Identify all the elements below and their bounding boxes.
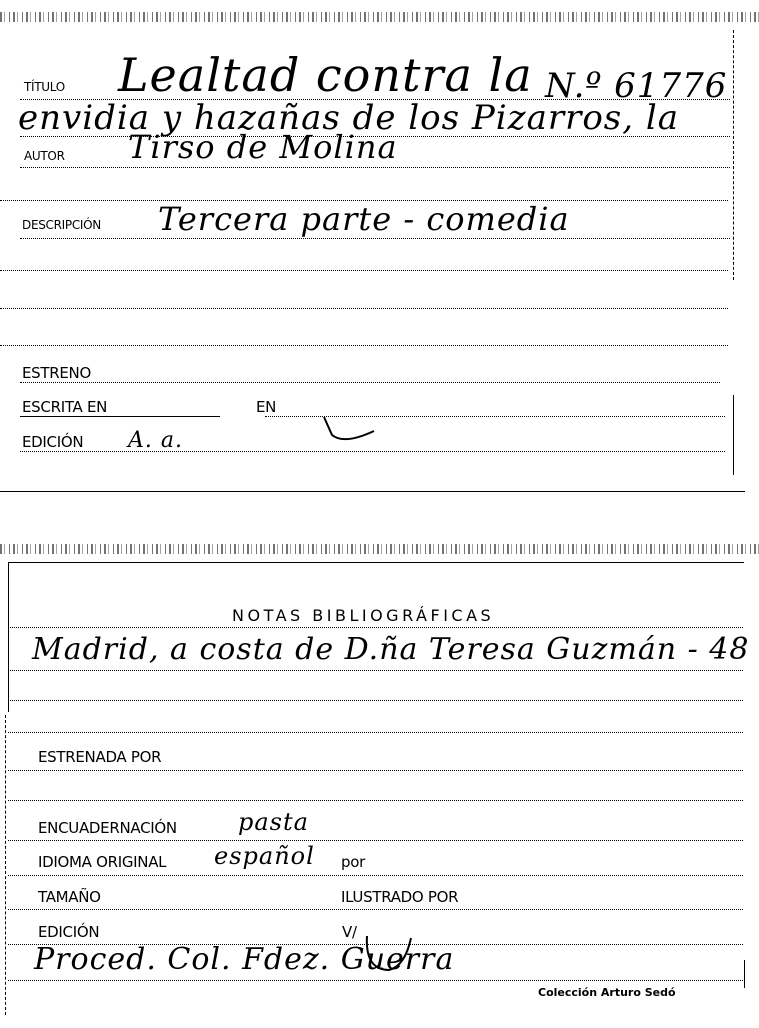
catalog-card-front: TÍTULO Lealtad contra la N.º 61776 envid… [0,0,759,495]
card-right-border [733,395,734,475]
notas-value-rule [8,670,743,671]
tamano-label: TAMAÑO [38,888,101,906]
estrenada-por-label: ESTRENADA POR [38,748,161,766]
blank-rule [8,800,743,801]
idioma-original-value: español [214,842,315,870]
encuadernacion-value: pasta [238,808,309,836]
estreno-label: ESTRENO [22,364,91,382]
escrita-en-label: ESCRITA EN [22,398,107,416]
edicion-mark: V/ [342,923,357,941]
descripcion-rule [20,238,730,239]
blank-rule [8,980,743,981]
edicion-rule [20,451,725,452]
titulo-label: TÍTULO [24,80,65,94]
idioma-original-label: IDIOMA ORIGINAL [38,853,166,871]
descripcion-label: DESCRIPCIÓN [22,218,101,232]
escrita-en-rule [20,416,220,417]
card-right-border [744,960,745,988]
autor-value: Tirso de Molina [128,128,398,166]
descripcion-value: Tercera parte - comedia [158,200,570,238]
notas-heading: NOTAS BIBLIOGRÁFICAS [232,606,494,625]
catalog-card-back: NOTAS BIBLIOGRÁFICAS Madrid, a costa de … [0,540,759,1028]
blank-rule [8,700,743,701]
autor-label: AUTOR [24,149,65,163]
card-left-border [5,715,6,1015]
ilustrado-por-label: ILUSTRADO POR [341,888,458,906]
scan-noise-edge [0,544,759,554]
estrenada-por-rule [8,770,743,771]
blank-rule [0,270,728,271]
card-right-border [733,30,734,280]
estreno-rule [20,382,720,383]
titulo-value: Lealtad contra la [118,48,533,102]
card-top-edge [8,562,744,563]
notas-rule [8,627,743,628]
card-bottom-edge [0,491,745,492]
blank-rule [0,308,728,309]
notas-value: Madrid, a costa de D.ña Teresa Guzmán - … [32,632,759,667]
blank-rule [0,345,728,346]
idioma-original-rule [8,875,743,876]
encuadernacion-label: ENCUADERNACIÓN [38,819,177,837]
encuadernacion-rule [8,840,743,841]
scan-noise-edge [0,12,759,22]
tamano-rule [8,909,743,910]
card-left-border [8,562,9,712]
handwritten-mark-icon [365,932,415,980]
collection-credit: Colección Arturo Sedó [538,986,676,999]
blank-rule [8,732,743,733]
edicion-label: EDICIÓN [22,433,83,451]
edicion-label: EDICIÓN [38,923,99,941]
en-label: EN [256,398,276,416]
por-label: por [341,853,365,871]
autor-rule [20,167,730,168]
edicion-value: A. a. [128,428,183,453]
handwritten-mark-icon [322,415,382,445]
